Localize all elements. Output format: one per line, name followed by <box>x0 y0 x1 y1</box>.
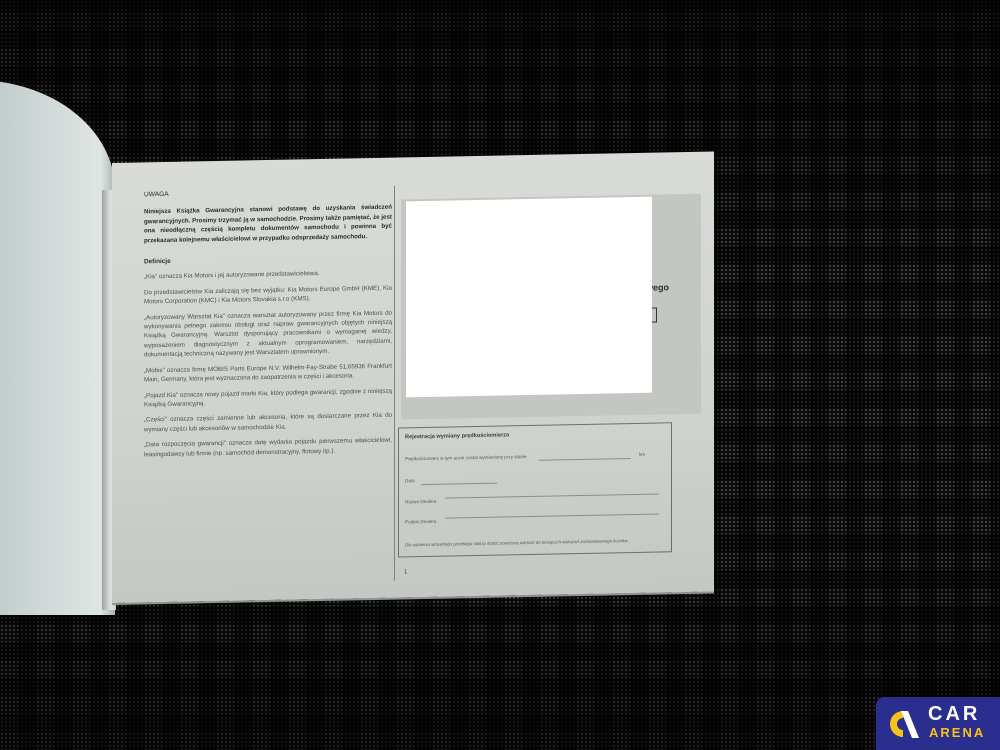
odometer-row-dealer-name: Nazwa Dealera <box>405 499 436 505</box>
notice-heading: UWAGA <box>144 186 392 200</box>
logo-text-car: CAR <box>928 703 980 726</box>
fill-line <box>539 458 631 461</box>
odometer-unit: km <box>639 452 645 457</box>
odometer-title: Rejestracja wymiany prędkościomierza <box>405 432 509 440</box>
fill-line <box>445 493 659 498</box>
odometer-registration-box: Rejestracja wymiany prędkościomierza Prę… <box>398 422 672 557</box>
car-arena-watermark: CAR ARENA <box>876 697 1000 750</box>
left-column: UWAGA Niniejsza Książka Gwarancyjna stan… <box>144 186 392 466</box>
odometer-row-dealer-signature: Podpis Dealera <box>405 519 436 525</box>
definition-item: „Mobis" oznacza firmę MOBIS Parts Europe… <box>144 361 392 385</box>
definitions-heading: Definicje <box>144 253 392 267</box>
fill-line <box>445 513 659 518</box>
definition-item: Do przedstawicielstw Kia zaliczają się b… <box>144 283 392 307</box>
redaction-block <box>406 197 652 398</box>
car-arena-logo-icon <box>886 707 920 741</box>
fill-line <box>421 483 497 485</box>
column-divider <box>394 186 395 581</box>
definition-item: „Autoryzowany Warsztat Kia" oznacza wars… <box>144 308 392 360</box>
definition-item: „Pojazd Kia" oznacza nowy pojazd marki K… <box>144 386 392 410</box>
odometer-row-date: Data <box>405 478 415 483</box>
definition-item: „Kia" oznacza Kia Motors i jej autoryzow… <box>144 268 392 282</box>
definition-item: „Części" oznacza części zamienne lub akc… <box>144 411 392 435</box>
logo-text-arena: ARENA <box>929 725 985 740</box>
definition-item: „Data rozpoczęcia gwarancji" oznacza dat… <box>144 436 392 460</box>
left-page-curl <box>0 80 115 615</box>
odometer-row-mileage: Prędkościomierz w tym aucie został wymie… <box>405 454 527 461</box>
booklet-page: UWAGA Niniejsza Książka Gwarancyjna stan… <box>112 151 714 603</box>
odometer-footnote: Dla ustalenia aktualnego przebiegu należ… <box>405 538 629 547</box>
notice-text: Niniejsza Książka Gwarancyjna stanowi po… <box>144 203 392 245</box>
page-number: 1 <box>404 569 407 575</box>
